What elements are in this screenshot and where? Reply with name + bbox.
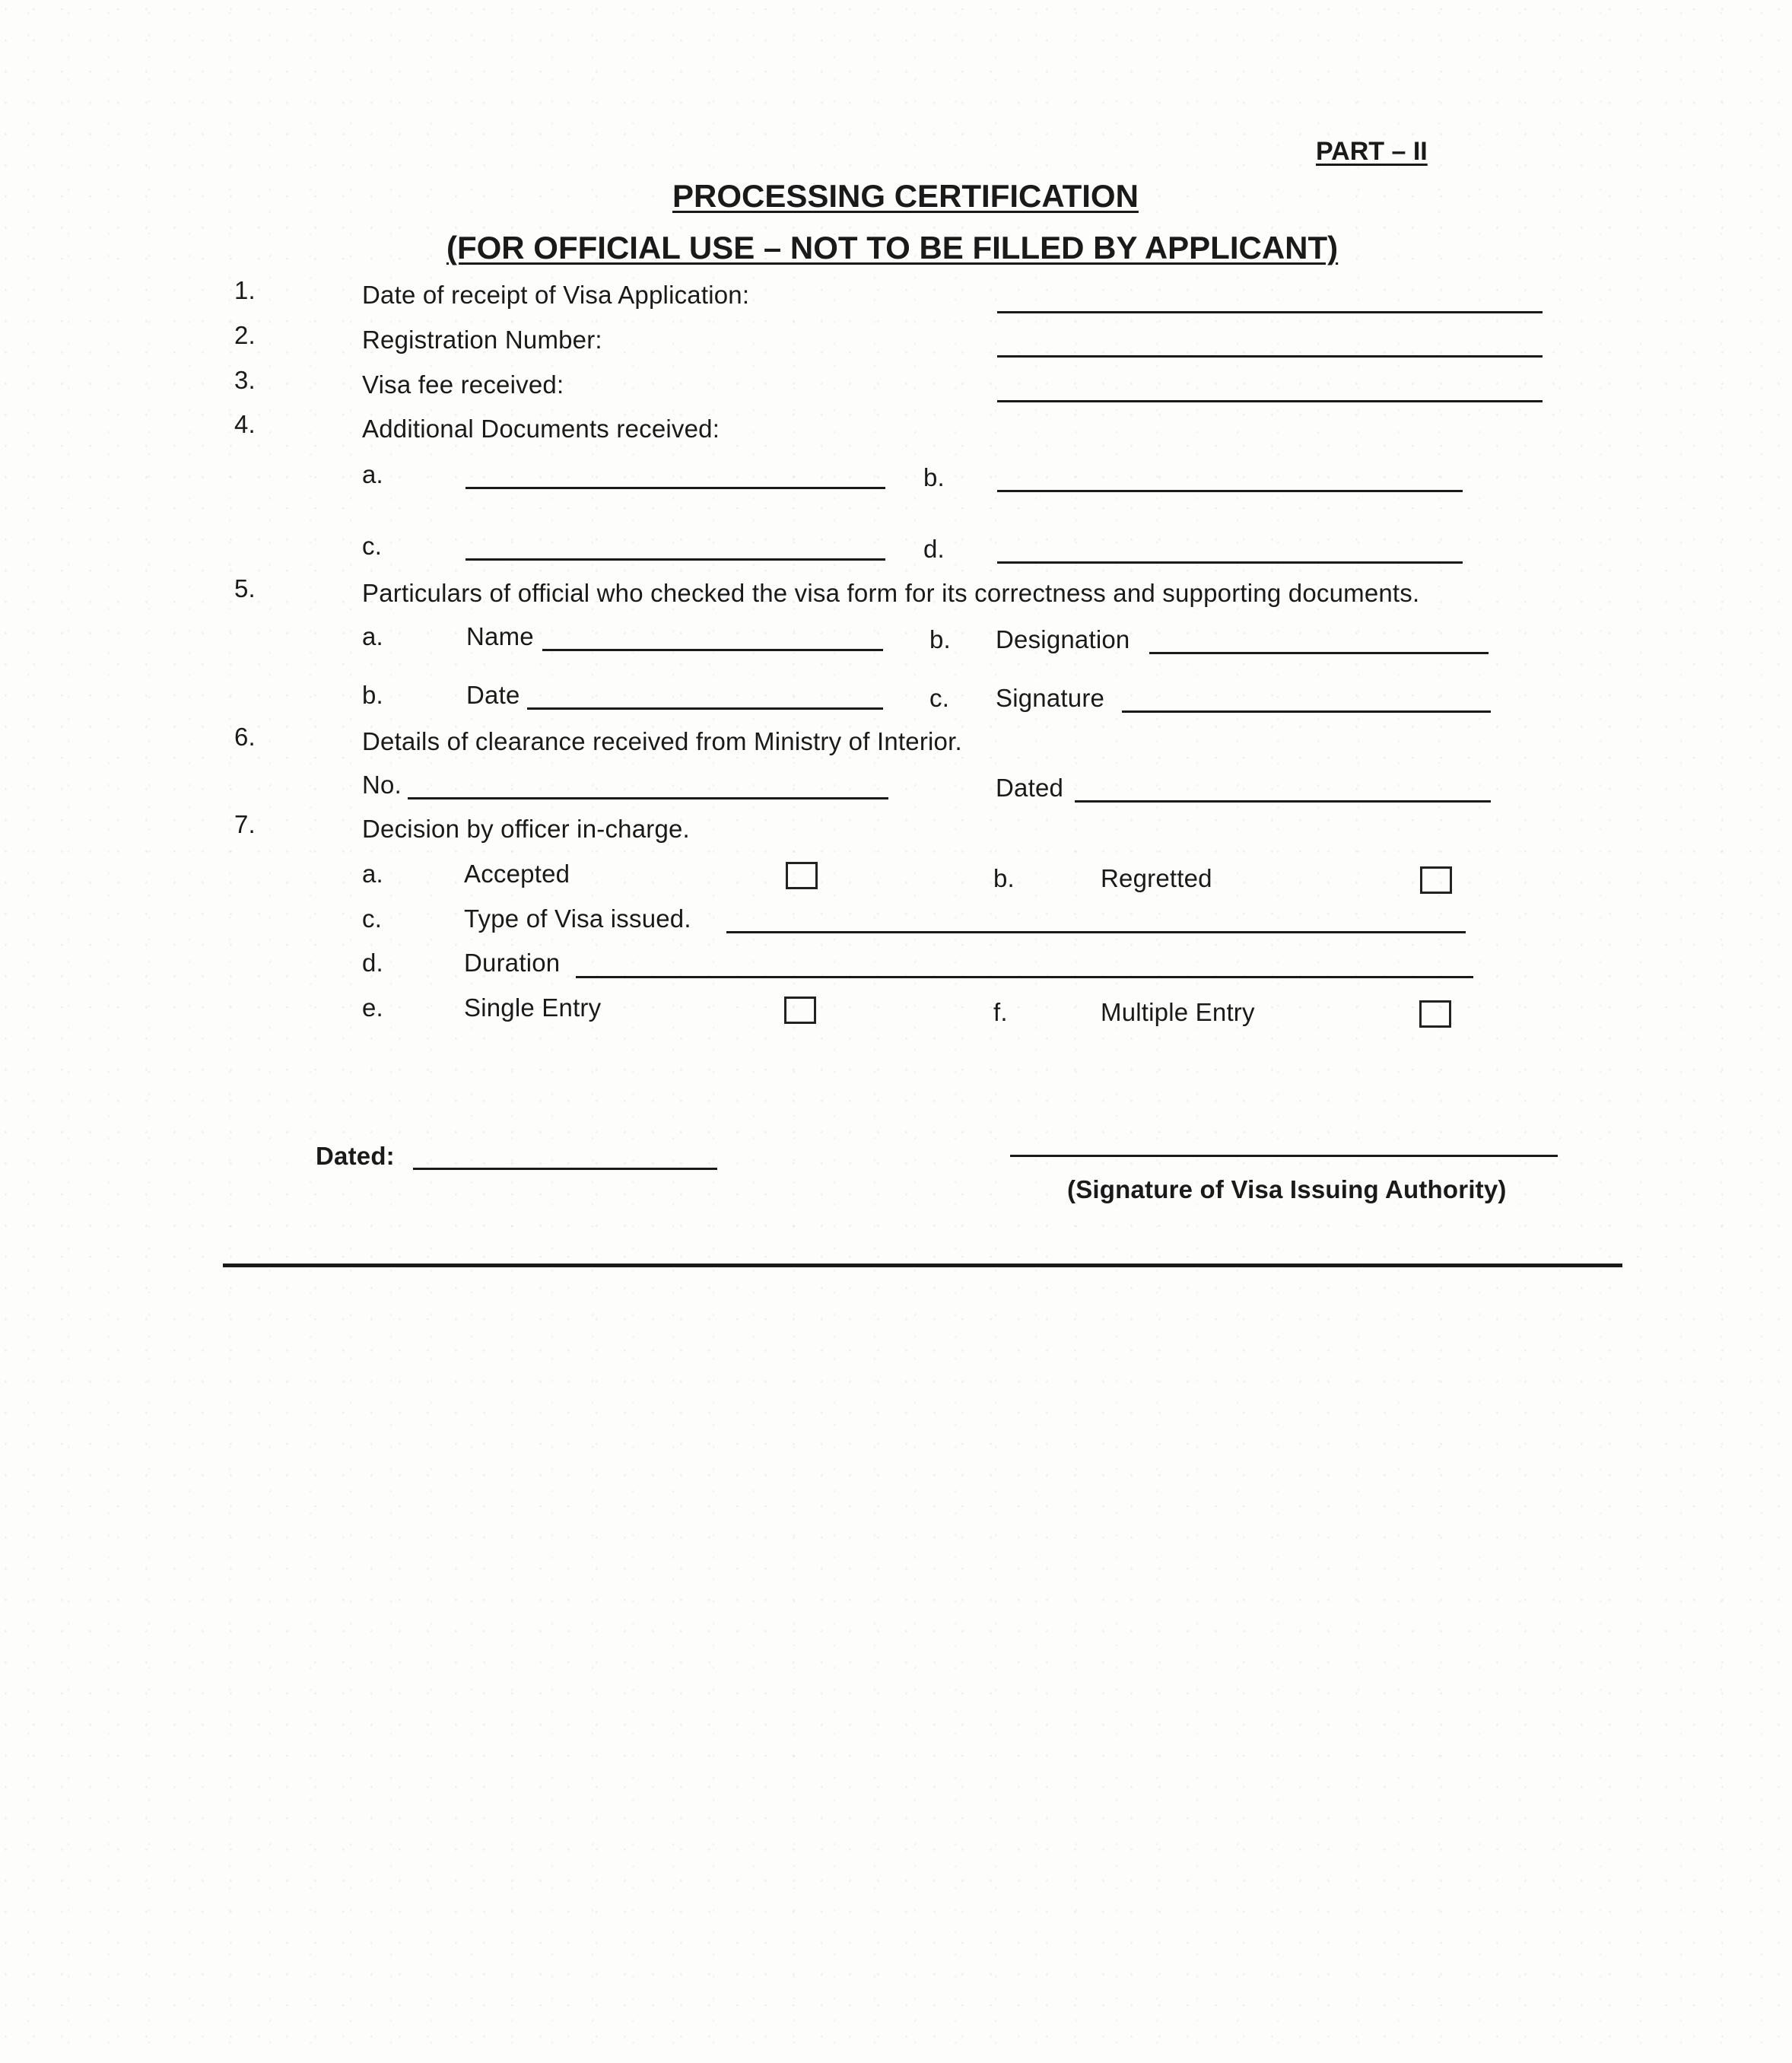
official-name-field[interactable] — [542, 649, 883, 651]
official-name-label: Name — [466, 621, 534, 652]
item-number: 4. — [234, 409, 256, 440]
item-number: 6. — [234, 722, 256, 752]
sub-letter: c. — [362, 904, 382, 934]
sub-letter: b. — [923, 463, 945, 493]
sub-letter: b. — [362, 680, 383, 710]
multiple-entry-checkbox[interactable] — [1419, 1000, 1451, 1028]
item-number: 5. — [234, 574, 256, 604]
receipt-date-field[interactable] — [997, 311, 1543, 313]
dated-label: Dated: — [316, 1141, 395, 1171]
authority-signature-field[interactable] — [1010, 1155, 1558, 1157]
sub-letter: c. — [362, 531, 382, 561]
official-date-label: Date — [466, 680, 520, 710]
clearance-number-field[interactable] — [408, 797, 888, 799]
official-signature-label: Signature — [996, 683, 1104, 714]
sub-letter: a. — [362, 621, 383, 652]
item-label-additional-documents: Additional Documents received: — [362, 414, 720, 444]
sub-letter: a. — [362, 459, 383, 490]
registration-number-field[interactable] — [997, 355, 1543, 358]
sub-letter: d. — [362, 948, 383, 978]
sub-letter: c. — [929, 683, 949, 714]
additional-document-b-field[interactable] — [997, 490, 1463, 492]
sub-letter: a. — [362, 859, 383, 889]
single-entry-label: Single Entry — [464, 993, 601, 1023]
sub-letter: d. — [923, 534, 945, 564]
accepted-checkbox[interactable] — [786, 862, 818, 889]
signature-authority-label: (Signature of Visa Issuing Authority) — [1067, 1175, 1507, 1205]
item-label-receipt-date: Date of receipt of Visa Application: — [362, 280, 749, 310]
regretted-checkbox[interactable] — [1420, 866, 1452, 894]
duration-label: Duration — [464, 948, 560, 978]
official-designation-label: Designation — [996, 625, 1130, 655]
single-entry-checkbox[interactable] — [784, 997, 816, 1024]
visa-type-label: Type of Visa issued. — [464, 904, 691, 934]
additional-document-a-field[interactable] — [465, 487, 885, 489]
regretted-label: Regretted — [1101, 863, 1212, 894]
paper-texture — [0, 0, 1792, 2063]
item-number: 1. — [234, 275, 256, 306]
item-label-decision: Decision by officer in-charge. — [362, 814, 690, 844]
page-subtitle: (FOR OFFICIAL USE – NOT TO BE FILLED BY … — [446, 230, 1338, 266]
additional-document-d-field[interactable] — [997, 561, 1463, 564]
item-number: 7. — [234, 809, 256, 840]
official-date-field[interactable] — [527, 707, 883, 710]
item-label-registration-number: Registration Number: — [362, 325, 602, 355]
official-designation-field[interactable] — [1149, 652, 1489, 654]
item-label-clearance: Details of clearance received from Minis… — [362, 726, 962, 757]
page-title: PROCESSING CERTIFICATION — [672, 178, 1139, 215]
visa-type-field[interactable] — [726, 931, 1466, 933]
sub-letter: b. — [993, 863, 1015, 894]
item-label-checking-official: Particulars of official who checked the … — [362, 578, 1419, 609]
accepted-label: Accepted — [464, 859, 570, 889]
visa-fee-field[interactable] — [997, 400, 1543, 402]
section-divider — [223, 1264, 1622, 1267]
sub-letter: b. — [929, 625, 951, 655]
sub-letter: e. — [362, 993, 383, 1023]
dated-field[interactable] — [413, 1168, 717, 1170]
clearance-number-label: No. — [362, 770, 402, 800]
item-label-visa-fee: Visa fee received: — [362, 370, 564, 400]
additional-document-c-field[interactable] — [465, 558, 885, 561]
item-number: 3. — [234, 365, 256, 396]
clearance-dated-label: Dated — [996, 773, 1063, 803]
sub-letter: f. — [993, 997, 1008, 1028]
official-signature-field[interactable] — [1122, 710, 1491, 713]
item-number: 2. — [234, 320, 256, 351]
multiple-entry-label: Multiple Entry — [1101, 997, 1255, 1028]
duration-field[interactable] — [576, 976, 1473, 978]
part-label: PART – II — [1316, 137, 1428, 167]
clearance-dated-field[interactable] — [1075, 800, 1491, 803]
